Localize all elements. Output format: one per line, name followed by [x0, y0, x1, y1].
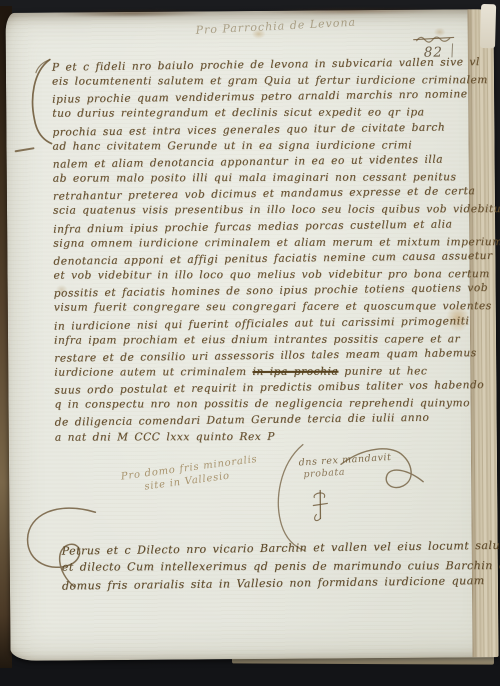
manuscript-line: a nat dni M CCC lxxx quinto Rex P — [55, 428, 473, 446]
manuscript-page: Pro Parrochia de Levona 82 P et c fideli… — [5, 9, 498, 661]
margin-dash-mark — [15, 147, 35, 152]
photo-background: Pro Parrochia de Levona 82 P et c fideli… — [0, 0, 500, 686]
pen-flourish-icon — [339, 444, 429, 509]
header-title: Pro Parrochia de Levona — [195, 16, 355, 37]
paragraph-1: P et c fideli nro baiulo prochie de levo… — [52, 55, 473, 446]
line-text: iurdicione autem ut criminalem — [54, 366, 252, 379]
paragraph-bracket-icon — [28, 57, 55, 147]
next-page-sliver — [480, 4, 496, 48]
notarial-sign-icon — [309, 488, 331, 524]
stain — [260, 8, 440, 15]
struck-text: in ipa prochia — [252, 366, 338, 378]
paragraph-2: Petrus et c Dilecto nro vicario Barchin … — [62, 538, 476, 594]
stain — [57, 9, 207, 17]
line-text: punire ut hec — [338, 365, 427, 377]
